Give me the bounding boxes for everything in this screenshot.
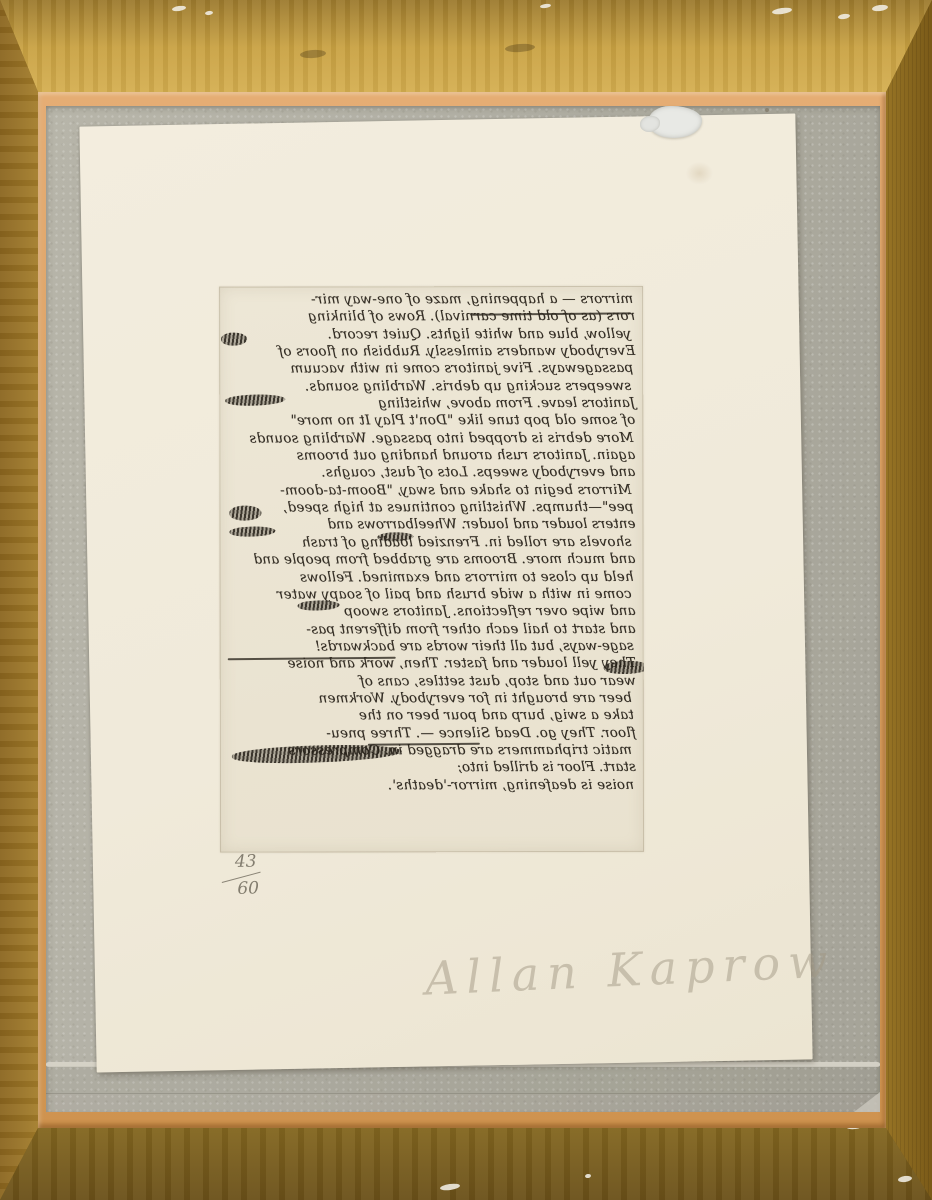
mirrored-handwriting-text: mirrors — a happening, maze of one-way m… bbox=[227, 291, 636, 795]
etched-text-line: floor. They go. Dead Silence —. Three pn… bbox=[228, 724, 636, 742]
edition-denominator: 60 bbox=[237, 880, 259, 897]
etched-text-line: and everybody sweeps. Lots of dust, coug… bbox=[227, 464, 635, 482]
etched-text-line: yellow, blue and white lights. Quiet rec… bbox=[227, 326, 631, 344]
etched-text-line: Everybody wanders aimlessly. Rubbish on … bbox=[227, 343, 635, 361]
etched-text-line: pee"—thumps. Whistling continues at high… bbox=[227, 499, 633, 517]
print-paper-sheet: mirrors — a happening, maze of one-way m… bbox=[79, 114, 812, 1073]
ink-blot bbox=[604, 660, 645, 675]
etched-text-line: and wipe over reflections. Janitors swoo… bbox=[228, 603, 636, 621]
etched-text-line: take a swig, burp and pour beer on the bbox=[228, 707, 634, 725]
artist-signature: Allan Kaprow bbox=[424, 938, 826, 1002]
mat-crease-band bbox=[46, 1094, 880, 1112]
etched-text-line: Mirrors begin to shake and sway, "Boom-t… bbox=[227, 482, 631, 500]
edition-numerator: 43 bbox=[235, 854, 257, 871]
etched-text-line: come in with a wide brush and pail of so… bbox=[228, 586, 632, 604]
framed-artwork-photo: mirrors — a happening, maze of one-way m… bbox=[0, 0, 932, 1200]
etched-text-line: beer are brought in for everybody. Workm… bbox=[228, 690, 632, 708]
etched-text-line: wear out and stop, dust settles, cans of bbox=[228, 672, 636, 690]
paper-stain bbox=[680, 157, 719, 190]
mat-speck bbox=[765, 108, 769, 112]
etched-text-line: again. Janitors rush around handing out … bbox=[227, 447, 635, 465]
etched-text-line: noise is deafening, mirror-'deaths'. bbox=[228, 777, 634, 795]
etched-text-line: and start to hail each other from differ… bbox=[228, 620, 636, 638]
etched-text-line: mirrors — a happening, maze of one-way m… bbox=[227, 291, 633, 309]
etched-text-line: sweepers sucking up debris. Warbling sou… bbox=[227, 378, 631, 396]
etched-text-line: shovels are rolled in. Frenzied loading … bbox=[228, 534, 632, 552]
etched-text-line: passageways. Five janitors come in with … bbox=[227, 360, 633, 378]
etched-text-line: held up close to mirrors and examined. F… bbox=[228, 568, 634, 586]
etching-plate-impression: mirrors — a happening, maze of one-way m… bbox=[219, 286, 644, 853]
etched-text-line: sage-ways, but all their words are backw… bbox=[228, 638, 634, 656]
etched-text-line: and much more. Brooms are grabbed from p… bbox=[228, 551, 636, 569]
etched-text-line: enters louder and louder. Wheelbarrows a… bbox=[227, 516, 635, 534]
etched-text-line: More debris is dropped into passage. War… bbox=[227, 430, 633, 448]
etched-text-line: of some old pop tune like "Don't Play It… bbox=[227, 412, 635, 430]
etched-text-line: Janitors leave. From above, whistling bbox=[227, 395, 635, 413]
etched-text-line: rors (as of old time carnival). Rows of … bbox=[227, 308, 635, 326]
